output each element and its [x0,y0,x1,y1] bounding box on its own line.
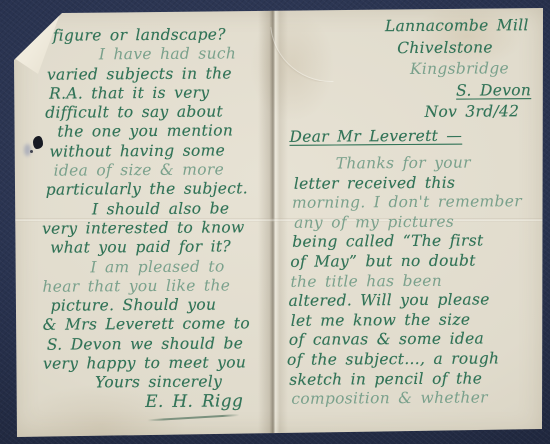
photo-background: figure or landscape? I have had such var… [0,0,550,444]
handwriting-line: I have had such [99,44,265,64]
handwriting-line: figure or landscape? [53,25,265,46]
address-line-underlined: S. Devon [456,81,531,100]
handwriting-line: of canvas & some idea [289,330,537,351]
handwriting-line: S. Devon we should be [47,334,267,355]
handwriting-line: R.A. that it is very [49,83,265,104]
handwriting-line: being called “The first [292,232,536,253]
handwriting-line: of May” but no doubt [290,251,536,272]
signature: E. H. Rigg [145,392,267,412]
handwriting-line: the title has been [290,271,536,292]
handwriting-line: altered. Will you please [289,290,537,311]
handwriting-line: difficult to say about [45,102,265,123]
handwriting-line: Thanks for your [336,153,536,174]
handwriting-line: what you paid for it? [50,237,266,258]
handwriting-line: without having some [49,141,265,162]
salutation: Dear Mr Leverett — [289,126,535,147]
handwriting-line: & Mrs Leverett come to [43,315,267,336]
letter-paper: figure or landscape? I have had such var… [12,6,545,438]
address-block: Lannacombe Mill Chivelstone Kingsbridge … [279,15,536,124]
right-page: Lannacombe Mill Chivelstone Kingsbridge … [279,15,538,410]
handwriting-line: very interested to know [42,218,266,239]
handwriting-line: the one you mention [57,122,265,143]
handwriting-line: of the subject..., a rough [287,349,537,370]
handwriting-line: let me know the size [291,310,537,331]
handwriting-line: picture. Should you [51,295,267,316]
left-page: figure or landscape? I have had such var… [27,25,268,420]
handwriting-line: composition & whether [291,388,537,409]
handwriting-line: letter received this [294,173,536,194]
handwriting-line: varied subjects in the [47,64,265,85]
handwriting-line: idea of size & more [54,160,266,181]
salutation-text: Dear Mr Leverett — [289,126,462,145]
address-line: Chivelstone [279,37,493,60]
handwriting-line: particularly the subject. [46,180,266,201]
address-line: Lannacombe Mill [279,15,529,38]
handwriting-line: I should also be [92,199,266,220]
handwriting-line: very happy to meet you [43,353,267,374]
signature-flourish [147,414,239,421]
address-line: Kingsbridge [279,58,509,81]
handwriting-line: sketch in pencil of the [289,369,537,390]
closing-line: Yours sincerely [95,373,267,393]
letter-body: Thanks for your letter received this mor… [280,153,538,409]
handwriting-line: hear that you like the [42,276,266,297]
date-line: Nov 3rd/42 [279,101,519,124]
handwriting-line: morning. I don't remember [292,192,536,213]
address-line: S. Devon [279,80,531,103]
handwriting-line: any of my pictures [294,212,536,233]
handwriting-line: I am pleased to [90,257,266,278]
